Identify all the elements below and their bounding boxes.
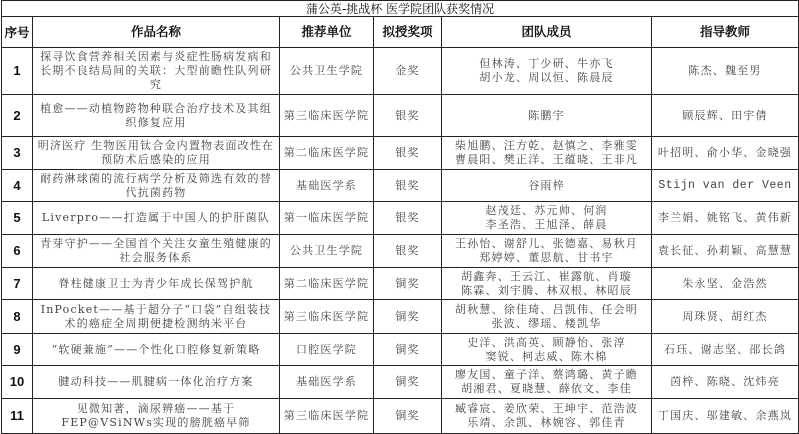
row-advisors: 丁国庆、邬建敏、余燕岚 — [652, 399, 799, 434]
member-line: 窦锐、柯志威、陈木棉 — [444, 350, 649, 364]
row-advisors: 周珠贤、胡红杰 — [652, 300, 799, 334]
row-advisors: 顾辰辉、田宇倩 — [652, 95, 799, 137]
member-line: 张波、缪瑶、楼凯华 — [444, 317, 649, 331]
row-advisors: 陈杰、魏至男 — [652, 48, 799, 95]
row-award: 铜奖 — [374, 268, 442, 300]
row-members: 史洋、洪高英、顾静怡、张淳窦锐、柯志威、陈木棉 — [442, 334, 652, 366]
member-line: 乐靖、余凯、林婉容、郭佳青 — [444, 416, 649, 430]
table-title: 蒲公英-挑战杯 医学院团队获奖情况 — [2, 1, 799, 17]
row-members: 柴旭鹏、汪方乾、赵慎之、李雅雯曹晨阳、樊正洋、王蕴晓、王非凡 — [442, 137, 652, 170]
table-row: 6青芽守护——全国首个关注女童生殖健康的社会服务体系公共卫生学院银奖王孙怡、谢舒… — [2, 235, 799, 268]
row-title: 探寻饮食营养相关因素与炎症性肠病发病和长期不良结局间的关联：大型前瞻性队列研究 — [33, 48, 280, 95]
table-row: 2植愈——动植物跨物种联合治疗技术及其组织修复应用第三临床医学院银奖陈鹏宇顾辰辉… — [2, 95, 799, 137]
row-advisors: 李兰娟、姚铭飞、黄伟新 — [652, 202, 799, 235]
row-unit: 第三临床医学院 — [280, 399, 374, 434]
row-unit: 第二临床医学院 — [280, 268, 374, 300]
member-line: 李圣浩、王旭泽、薛晨 — [444, 218, 649, 232]
row-title: “软硬兼施”——个性化口腔修复新策略 — [33, 334, 280, 366]
row-unit: 基础医学系 — [280, 170, 374, 202]
row-seq: 8 — [2, 300, 33, 334]
member-line: 谷雨梓 — [444, 179, 649, 193]
row-unit: 第一临床医学院 — [280, 202, 374, 235]
row-members: 胡秋慧、徐佳琦、吕凯伟、任会明张波、缪瑶、楼凯华 — [442, 300, 652, 334]
row-members: 谷雨梓 — [442, 170, 652, 202]
row-members: 王孙怡、谢舒儿、张德嘉、易秋月郑婷婷、董思航、甘书宇 — [442, 235, 652, 268]
row-title: 腱动科技——肌腱病一体化治疗方案 — [33, 366, 280, 399]
row-title: Liverpro——打造属于中国人的护肝菌队 — [33, 202, 280, 235]
row-title: 明济医疗 生物医用钛合金内置物表面改性在预防术后感染的应用 — [33, 137, 280, 170]
row-unit: 公共卫生学院 — [280, 48, 374, 95]
member-line: 柴旭鹏、汪方乾、赵慎之、李雅雯 — [444, 139, 649, 153]
row-seq: 7 — [2, 268, 33, 300]
row-award: 银奖 — [374, 170, 442, 202]
row-seq: 3 — [2, 137, 33, 170]
row-advisors: Stijn van der Veen — [652, 170, 799, 202]
awards-table: 蒲公英-挑战杯 医学院团队获奖情况 序号 作品名称 推荐单位 拟授奖项 团队成员… — [1, 0, 799, 434]
row-seq: 2 — [2, 95, 33, 137]
row-members: 陈鹏宇 — [442, 95, 652, 137]
member-line: 陈鹏宇 — [444, 109, 649, 123]
header-unit: 推荐单位 — [280, 17, 374, 48]
row-unit: 基础医学系 — [280, 366, 374, 399]
row-award: 铜奖 — [374, 334, 442, 366]
row-seq: 5 — [2, 202, 33, 235]
row-award: 银奖 — [374, 137, 442, 170]
header-title: 作品名称 — [33, 17, 280, 48]
row-unit: 第二临床医学院 — [280, 137, 374, 170]
row-title: 耐药淋球菌的流行病学分析及筛选有效的替代抗菌药物 — [33, 170, 280, 202]
member-line: 但林涛、丁少研、牛亦飞 — [444, 57, 649, 71]
header-row: 序号 作品名称 推荐单位 拟授奖项 团队成员 指导教师 — [2, 17, 799, 48]
member-line: 胡秋慧、徐佳琦、吕凯伟、任会明 — [444, 303, 649, 317]
member-line: 胡小龙、周以恒、陈晨辰 — [444, 71, 649, 85]
header-seq: 序号 — [2, 17, 33, 48]
row-advisors: 石珏、谢志坚、邵长鸽 — [652, 334, 799, 366]
row-members: 赵茂廷、苏元帅、何润李圣浩、王旭泽、薛晨 — [442, 202, 652, 235]
member-line: 郑婷婷、董思航、甘书宇 — [444, 251, 649, 265]
row-award: 金奖 — [374, 48, 442, 95]
row-unit: 第三临床医学院 — [280, 300, 374, 334]
row-seq: 11 — [2, 399, 33, 434]
table-row: 1探寻饮食营养相关因素与炎症性肠病发病和长期不良结局间的关联：大型前瞻性队列研究… — [2, 48, 799, 95]
row-seq: 4 — [2, 170, 33, 202]
row-members: 廖友国、童子洋、蔡鸿璐、黄子瞻胡湘君、夏晓慧、薛依文、李佳 — [442, 366, 652, 399]
member-line: 臧睿宸、姜欣荣、王坤宇、范浩波 — [444, 402, 649, 416]
header-members: 团队成员 — [442, 17, 652, 48]
row-members: 胡鑫奔、王云江、崔露航、肖璇陈霖、刘宇腾、林双根、林昭辰 — [442, 268, 652, 300]
member-line: 陈霖、刘宇腾、林双根、林昭辰 — [444, 284, 649, 298]
member-line: 廖友国、童子洋、蔡鸿璐、黄子瞻 — [444, 368, 649, 382]
row-members: 但林涛、丁少研、牛亦飞胡小龙、周以恒、陈晨辰 — [442, 48, 652, 95]
row-title: 脊柱健康卫士为青少年成长保驾护航 — [33, 268, 280, 300]
row-award: 铜奖 — [374, 366, 442, 399]
row-award: 银奖 — [374, 95, 442, 137]
row-advisors: 茵梓、陈晓、沈炜亮 — [652, 366, 799, 399]
row-seq: 6 — [2, 235, 33, 268]
row-title: InPocket——基于超分子“口袋”自组装技术的癌症全周期便捷检测纳米平台 — [33, 300, 280, 334]
row-advisors: 袁长征、孙莉颖、高慧慧 — [652, 235, 799, 268]
row-seq: 1 — [2, 48, 33, 95]
table-row: 4耐药淋球菌的流行病学分析及筛选有效的替代抗菌药物基础医学系银奖谷雨梓Stijn… — [2, 170, 799, 202]
table-body: 1探寻饮食营养相关因素与炎症性肠病发病和长期不良结局间的关联：大型前瞻性队列研究… — [2, 48, 799, 434]
table-row: 5Liverpro——打造属于中国人的护肝菌队第一临床医学院银奖赵茂廷、苏元帅、… — [2, 202, 799, 235]
row-title: 植愈——动植物跨物种联合治疗技术及其组织修复应用 — [33, 95, 280, 137]
member-line: 赵茂廷、苏元帅、何润 — [444, 204, 649, 218]
member-line: 胡湘君、夏晓慧、薛依文、李佳 — [444, 382, 649, 396]
member-line: 胡鑫奔、王云江、崔露航、肖璇 — [444, 270, 649, 284]
table-row: 11见微知著，滴尿辨癌——基于FEP@VSiNWs实现的膀胱癌早筛第三临床医学院… — [2, 399, 799, 434]
row-unit: 口腔医学院 — [280, 334, 374, 366]
row-award: 铜奖 — [374, 300, 442, 334]
table-row: 7脊柱健康卫士为青少年成长保驾护航第二临床医学院铜奖胡鑫奔、王云江、崔露航、肖璇… — [2, 268, 799, 300]
row-advisors: 叶招明、俞小华、金晓强 — [652, 137, 799, 170]
row-seq: 9 — [2, 334, 33, 366]
row-award: 铜奖 — [374, 399, 442, 434]
row-seq: 10 — [2, 366, 33, 399]
member-line: 史洋、洪高英、顾静怡、张淳 — [444, 336, 649, 350]
table-row: 10腱动科技——肌腱病一体化治疗方案基础医学系铜奖廖友国、童子洋、蔡鸿璐、黄子瞻… — [2, 366, 799, 399]
row-award: 银奖 — [374, 202, 442, 235]
row-advisors: 朱永坚、金浩然 — [652, 268, 799, 300]
header-award: 拟授奖项 — [374, 17, 442, 48]
row-award: 银奖 — [374, 235, 442, 268]
row-unit: 第三临床医学院 — [280, 95, 374, 137]
row-title: 青芽守护——全国首个关注女童生殖健康的社会服务体系 — [33, 235, 280, 268]
row-title: 见微知著，滴尿辨癌——基于FEP@VSiNWs实现的膀胱癌早筛 — [33, 399, 280, 434]
header-advisors: 指导教师 — [652, 17, 799, 48]
row-unit: 公共卫生学院 — [280, 235, 374, 268]
table-row: 9“软硬兼施”——个性化口腔修复新策略口腔医学院铜奖史洋、洪高英、顾静怡、张淳窦… — [2, 334, 799, 366]
row-members: 臧睿宸、姜欣荣、王坤宇、范浩波乐靖、余凯、林婉容、郭佳青 — [442, 399, 652, 434]
table-row: 3明济医疗 生物医用钛合金内置物表面改性在预防术后感染的应用第二临床医学院银奖柴… — [2, 137, 799, 170]
member-line: 王孙怡、谢舒儿、张德嘉、易秋月 — [444, 237, 649, 251]
member-line: 曹晨阳、樊正洋、王蕴晓、王非凡 — [444, 153, 649, 167]
table-row: 8InPocket——基于超分子“口袋”自组装技术的癌症全周期便捷检测纳米平台第… — [2, 300, 799, 334]
table-title-row: 蒲公英-挑战杯 医学院团队获奖情况 — [2, 1, 799, 17]
